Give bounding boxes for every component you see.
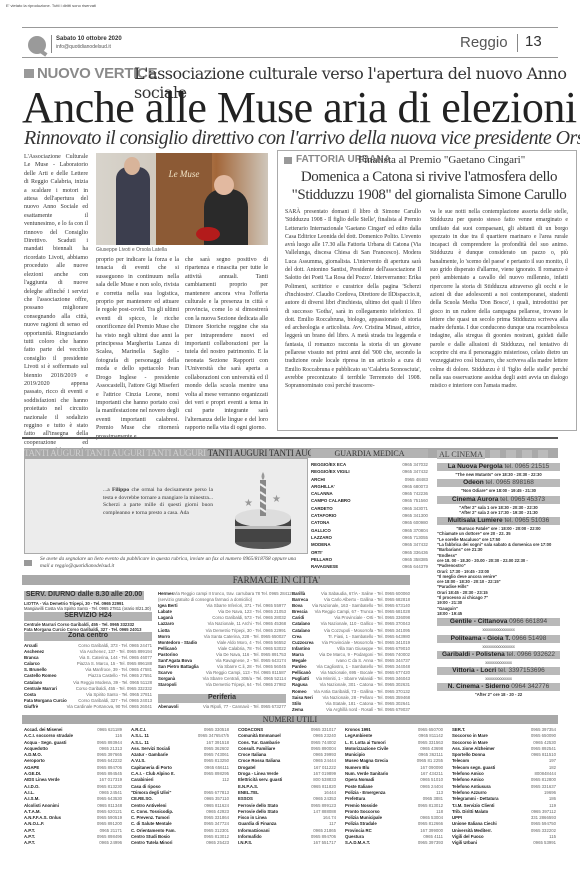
auguri-recipient: Filippo	[112, 487, 129, 493]
fattoria-headline: Domenica a Catona si rivive l'atmosfera …	[285, 168, 573, 204]
list-item: S.A.D.M.A.T.0965 397393	[345, 840, 443, 846]
newspaper-logo-icon	[28, 36, 46, 54]
list-item: REGGIO/EX ECA0965 347032	[311, 461, 428, 468]
list-item: CALANNA0965 742236	[311, 490, 428, 497]
theater-header: Politeama - Gioia T. 0966 51498	[437, 635, 560, 643]
article-column-2: proprio per indicare la forza e la tenac…	[96, 256, 179, 441]
list-item: ORTI'0965 336436	[311, 549, 428, 556]
list-item: GALLICO0965 370804	[311, 527, 428, 534]
theater-header: Multisala Lumiere tel. 0965 51036	[437, 517, 560, 525]
cinema-listings: La Nuova Pergola tel. 0965 21515 "The ne…	[437, 461, 560, 698]
theater-header: Vittoria - Locri tel. 3397153696	[437, 667, 560, 675]
numeri-utili-column-2: A.R.C.I.0965 330518A.S.L. 110965 3476547…	[131, 727, 229, 847]
kicker-square-icon	[24, 69, 34, 78]
list-item: Centro Tutela Minori0965 25423	[131, 840, 229, 846]
list-item: CATAFORIO0965 341300	[311, 512, 428, 519]
list-item: MODENA0965 347432	[311, 541, 428, 548]
section-divider	[22, 437, 558, 439]
list-item: REGGIO/EX VIGILI0965 347432	[311, 468, 428, 475]
svg-text:★: ★	[244, 498, 253, 509]
zona-centro-list: ArcudiCorso Garibaldi, 373 - Tel. 0965 2…	[24, 643, 152, 710]
list-item: AbenavoliVia Ripoli, 77 - Cannavò - Tel.…	[158, 704, 286, 710]
theater-header: La Nuova Pergola tel. 0965 21515	[437, 463, 560, 471]
periferia-header: Periferia	[158, 694, 286, 703]
list-item: CATONA0965 600980	[311, 519, 428, 526]
copyright-notice: E' vietato la riproduzione. Tutti i diri…	[6, 3, 96, 8]
list-item: A.P.T.0965 24996	[24, 840, 122, 846]
birthday-cake-icon: ★ ★	[232, 470, 294, 550]
numeri-utili-column-5: SER.T.0965 397354Soccorso in Mare0965 65…	[452, 727, 556, 847]
theater-header: N. Cinema - Siderno 0964 342776	[437, 683, 560, 691]
article-headline: Anche alle Muse aria di elezioni	[22, 82, 577, 133]
contact-email: info@quotidianodelsud.it	[56, 44, 111, 50]
list-item: CAMPO CALABRO0965 751560	[311, 497, 428, 504]
section-name: Reggio	[460, 34, 508, 51]
fattoria-kicker-subtitle: Finalista al Premio "Gaetano Cingari"	[358, 154, 525, 166]
farmacie-title: FARMACIE IN CITTA'	[22, 575, 410, 585]
zona-centro-header: Zona centro	[24, 632, 152, 641]
svg-text:★: ★	[272, 494, 281, 505]
top-rule	[22, 27, 558, 28]
decor-square	[490, 450, 500, 458]
cinema-section-title: AL CINEMA	[437, 450, 485, 459]
decor-square	[538, 450, 548, 458]
decor-square	[506, 450, 516, 458]
list-item: StaropoliVia Demetrio Tripepi, 64 - Tel.…	[158, 682, 286, 688]
issue-date: Sabato 10 ottobre 2020	[56, 36, 122, 42]
list-item: ZemaVia Arghillà nord - Rosalì - Tel. 09…	[292, 707, 410, 713]
auguri-message: ...a Filippo che ormai ha decisamente pe…	[103, 487, 213, 517]
h24-header: SERVIZIO H24	[24, 612, 152, 621]
theater-header: Garibaldi - Polistena tel. 0966 932622	[437, 651, 560, 659]
fattoria-column-1: SARÀ presentato domani il libro di Simon…	[285, 208, 421, 391]
periferia-list: AbenavoliVia Ripoli, 77 - Cannavò - Tel.…	[158, 704, 286, 710]
kicker-square-icon	[284, 157, 292, 164]
list-item: LAZZARO0965 713055	[311, 534, 428, 541]
numeri-utili-column-4: Kronos 19910965 650700LegAmbiente0965 81…	[345, 727, 443, 847]
photo-poster-text: Le Muse	[156, 169, 212, 179]
h24-lines: Centrale Marrari Corso Garibaldi, 455 - …	[24, 622, 152, 632]
note-square-icon	[24, 560, 32, 566]
decor-square	[522, 450, 532, 458]
article-photo: Le Muse	[96, 153, 268, 245]
theater-header: Odeon tel. 0965 898168	[437, 479, 560, 487]
article-column-3: che sarà segno positivo di ripartenza e …	[185, 256, 268, 433]
farmacie-middle-list: HermesVia Reggio campi II tronco, trav. …	[158, 591, 286, 689]
guardia-medica-title: GUARDIA MEDICA	[311, 449, 428, 458]
page-number: 13	[525, 33, 542, 50]
theater-header: Cinema Aurora tel. 0965 45373	[437, 496, 560, 504]
diurno-lines: LIOTTA - Via Demetrio Tripepi, 30 - Tel.…	[24, 601, 152, 611]
numeri-utili-column-3: CODACONS0965 331017Comunità Emmanuel0965…	[238, 727, 336, 847]
section-separator	[517, 34, 518, 52]
guardia-medica-list: REGGIO/EX ECA0965 347032 REGGIO/EX VIGIL…	[311, 461, 428, 570]
list-item: I.N.P.S.167 551717	[238, 840, 336, 846]
theater-header: Gentile - Cittanova 0966 661894	[437, 618, 560, 626]
list-item: PELLARO0965 358385	[311, 556, 428, 563]
photo-caption: Giuseppe Livoti e Orsola Latella	[96, 247, 167, 253]
numeri-utili-title: NUMERI UTILI	[22, 715, 558, 724]
list-item: ARGHILLA'0965 680073	[311, 483, 428, 490]
list-item: ARCHI0965 48483	[311, 476, 428, 483]
logo-separator	[51, 35, 52, 53]
list-item: Vigili Urbani0965 53991	[452, 840, 556, 846]
numeri-utili-column-1: Accad. dei Misenei0965 621189A.C.I. socc…	[24, 727, 122, 847]
list-item: RAVAGNESE0965 644379	[311, 563, 428, 570]
list-item: CARDETO0965 343071	[311, 505, 428, 512]
diurno-header: SERV. DIURNO dalle 8.30 alle 20.00	[24, 591, 144, 600]
article-subheadline: Rinnovato il consiglio direttivo con l'a…	[24, 127, 580, 150]
fattoria-column-2: va le sue notti nella contemplazione ass…	[430, 208, 568, 391]
masthead-rule	[22, 57, 558, 58]
auguri-submission-note: Se avete da segnalare un lieto evento da…	[40, 556, 300, 570]
farmacie-right-list: BarillàVia Sabaudia, 67/A - Saline - Tel…	[292, 591, 410, 713]
list-item: GiuffrèVia Cardinale Portanova, 90 Tel. …	[24, 704, 152, 710]
